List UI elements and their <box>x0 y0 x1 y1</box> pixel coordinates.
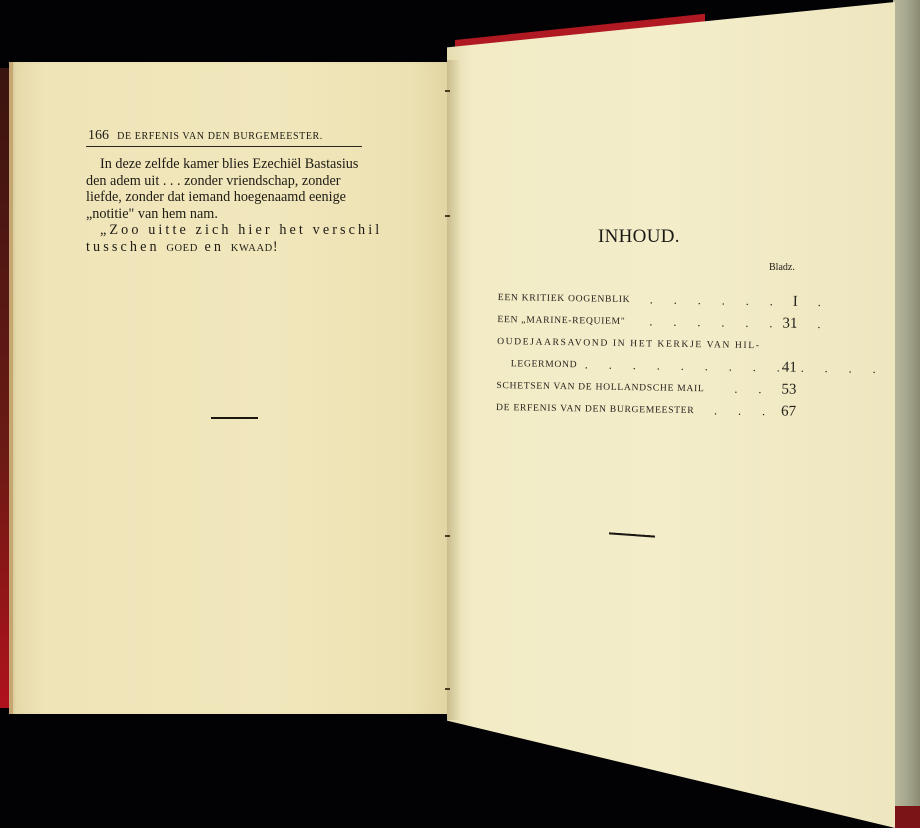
body-text: In deze zelfde kamer blies Ezechiël Bast… <box>86 156 384 258</box>
book-cover-bottom-corner <box>893 806 920 828</box>
running-head: 166 DE ERFENIS VAN DEN BURGEMEESTER. <box>88 128 360 144</box>
paragraph-1: In deze zelfde kamer blies Ezechiël Bast… <box>86 156 384 222</box>
binding-stitch <box>445 688 450 690</box>
book-page-stack-right <box>893 0 920 828</box>
left-page-edge <box>9 62 13 714</box>
running-head-rule <box>86 146 362 147</box>
page-number: 166 <box>88 128 109 143</box>
end-rule <box>211 417 258 419</box>
small-caps-kwaad: KWAAD <box>231 243 273 254</box>
running-head-title: DE ERFENIS VAN DEN BURGEMEESTER. <box>117 131 323 142</box>
toc-entry: DE ERFENIS VAN DEN BURGEMEESTER . . . 67 <box>496 396 796 423</box>
binding-stitch <box>445 215 450 217</box>
binding-stitch <box>445 535 450 537</box>
book-photo-scene: 166 DE ERFENIS VAN DEN BURGEMEESTER. In … <box>0 0 920 828</box>
toc-title: INHOUD. <box>598 226 680 248</box>
toc-list: EEN KRITIEK OOGENBLIK . . . . . . . . I … <box>496 286 798 423</box>
small-caps-goed: GOED <box>166 243 198 254</box>
toc-page-column-label: Bladz. <box>769 262 795 273</box>
binding-stitch <box>445 90 450 92</box>
gutter-shadow <box>447 60 461 720</box>
paragraph-2: „Zoo uitte zich hier het verschil tussch… <box>86 222 384 257</box>
